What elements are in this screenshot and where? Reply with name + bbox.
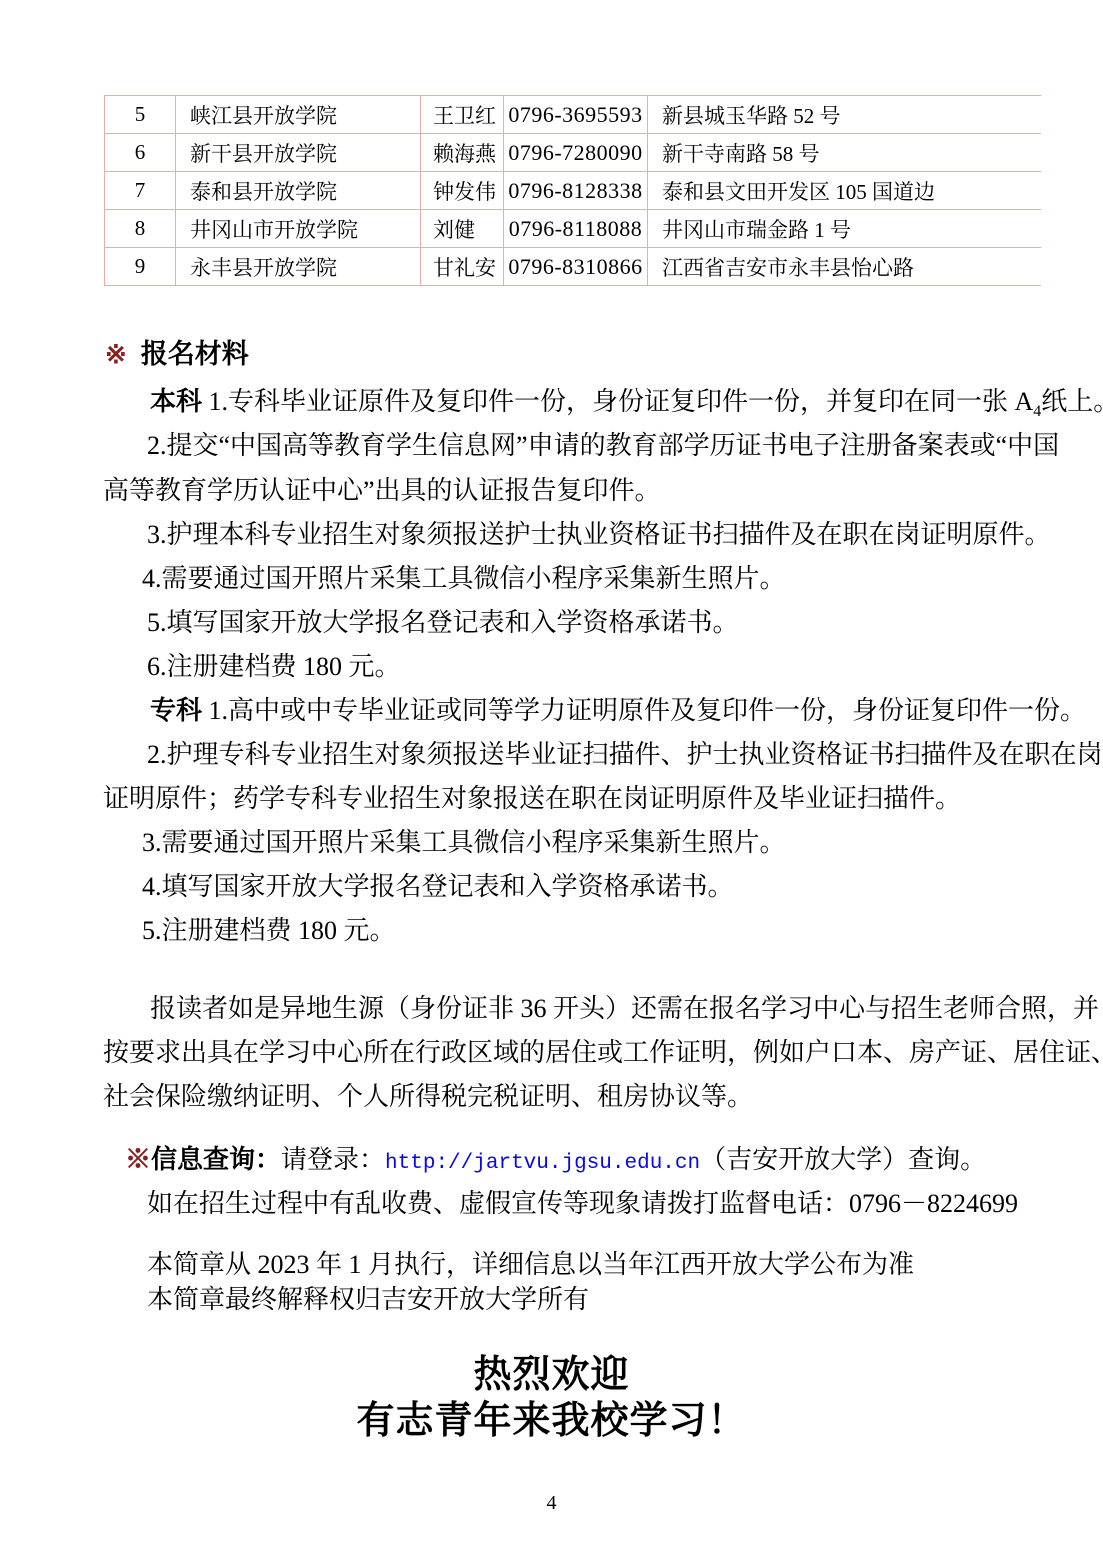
college-item-2a: 2.护理专科专业招生对象须报送毕业证扫描件、护士执业资格证书扫描件及在职在岗 xyxy=(147,739,1103,770)
page-number: 4 xyxy=(0,1492,1103,1515)
section-marker-icon: ※ xyxy=(125,1145,151,1174)
materials-section-header: ※报名材料 xyxy=(105,338,249,370)
college-item-1: 专科 1.高中或中专毕业证或同等学力证明原件及复印件一份，身份证复印件一份。 xyxy=(150,695,1086,726)
section-marker-icon: ※ xyxy=(105,340,127,369)
supervision-phone-line: 如在招生过程中有乱收费、虚假宣传等现象请拨打监督电话：0796－8224699 xyxy=(147,1188,1018,1219)
cell-address: 泰和县文田开发区 105 国道边 xyxy=(647,172,1041,209)
text-segment: 4.需要通过国开照片采集工具微信小程序采集新生照片。 xyxy=(142,564,786,593)
text-segment: 本简章最终解释权归吉安开放大学所有 xyxy=(147,1285,589,1314)
cell-no: 5 xyxy=(104,96,175,133)
info-query-link[interactable]: http://jartvu.jgsu.edu.cn xyxy=(385,1152,700,1175)
cell-contact: 赖海燕 xyxy=(420,134,503,171)
college-item-4: 4.填写国家开放大学报名登记表和入学资格承诺书。 xyxy=(142,871,734,902)
cell-phone: 0796-8128338 xyxy=(503,172,647,209)
text-segment: 6.注册建档费 180 元。 xyxy=(147,652,401,681)
text-segment: 2.提交“中国高等教育学生信息网”申请的教育部学历证书电子注册备案表或“中国 xyxy=(147,431,1059,460)
text-segment: 3.护理本科专业招生对象须报送护士执业资格证书扫描件及在职在岗证明原件。 xyxy=(147,520,1051,549)
cell-school: 峡江县开放学院 xyxy=(175,96,420,133)
cell-school: 永丰县开放学院 xyxy=(175,248,420,285)
cell-no: 9 xyxy=(104,248,175,285)
text-segment: 专科 xyxy=(150,696,202,725)
undergrad-item-5: 5.填写国家开放大学报名登记表和入学资格承诺书。 xyxy=(147,607,739,638)
text-segment: 纸上。 xyxy=(1041,387,1103,416)
table-row: 9永丰县开放学院甘礼安0796-8310866江西省吉安市永丰县怡心路 xyxy=(104,248,1041,286)
cell-address: 井冈山市瑞金路 1 号 xyxy=(647,210,1041,247)
cell-contact: 钟发伟 xyxy=(420,172,503,209)
text-segment: 报名材料 xyxy=(141,339,249,369)
college-item-2b: 证明原件；药学专科专业招生对象报送在职在岗证明原件及毕业证扫描件。 xyxy=(103,783,961,814)
text-segment: 1.专科毕业证原件及复印件一份，身份证复印件一份，并复印在同一张 A xyxy=(202,387,1033,416)
cell-school: 新干县开放学院 xyxy=(175,134,420,171)
college-item-3: 3.需要通过国开照片采集工具微信小程序采集新生照片。 xyxy=(142,827,786,858)
effective-date-line: 本简章从 2023 年 1 月执行，详细信息以当年江西开放大学公布为准 xyxy=(147,1249,914,1280)
text-segment: 3.需要通过国开照片采集工具微信小程序采集新生照片。 xyxy=(142,828,786,857)
undergrad-item-1: 本科 1.专科毕业证原件及复印件一份，身份证复印件一份，并复印在同一张 A4纸上… xyxy=(150,386,1103,417)
text-segment: 社会保险缴纳证明、个人所得税完税证明、租房协议等。 xyxy=(103,1082,753,1111)
text-segment: （吉安开放大学）查询。 xyxy=(700,1145,986,1174)
info-query-line: ※信息查询：请登录：http://jartvu.jgsu.edu.cn（吉安开放… xyxy=(125,1144,986,1176)
undergrad-item-2b: 高等教育学历认证中心”出具的认证报告复印件。 xyxy=(103,475,661,506)
welcome-banner-line2: 有志青年来我校学习！ xyxy=(0,1398,1103,1444)
remote-origin-note-2: 按要求出具在学习中心所在行政区域的居住或工作证明，例如户口本、房产证、居住证、 xyxy=(103,1037,1103,1068)
text-segment: 报读者如是异地生源（身份证非 36 开头）还需在报名学习中心与招生老师合照，并 xyxy=(150,994,1099,1023)
table-row: 5峡江县开放学院王卫红0796-3695593新县城玉华路 52 号 xyxy=(104,96,1041,134)
remote-origin-note-1: 报读者如是异地生源（身份证非 36 开头）还需在报名学习中心与招生老师合照，并 xyxy=(150,993,1099,1024)
document-page: 5峡江县开放学院王卫红0796-3695593新县城玉华路 52 号6新干县开放… xyxy=(0,0,1103,1560)
cell-no: 8 xyxy=(104,210,175,247)
cell-contact: 刘健 xyxy=(420,210,503,247)
remote-origin-note-3: 社会保险缴纳证明、个人所得税完税证明、租房协议等。 xyxy=(103,1081,753,1112)
text-segment: 如在招生过程中有乱收费、虚假宣传等现象请拨打监督电话：0796－8224699 xyxy=(147,1189,1018,1218)
cell-address: 新干寺南路 58 号 xyxy=(647,134,1041,171)
table-row: 7泰和县开放学院钟发伟0796-8128338泰和县文田开发区 105 国道边 xyxy=(104,172,1041,210)
text-segment: 高等教育学历认证中心”出具的认证报告复印件。 xyxy=(103,476,661,505)
text-segment: 1.高中或中专毕业证或同等学力证明原件及复印件一份，身份证复印件一份。 xyxy=(202,696,1086,725)
text-segment: 请登录： xyxy=(281,1145,385,1174)
table-row: 6新干县开放学院赖海燕0796-7280090新干寺南路 58 号 xyxy=(104,134,1041,172)
text-segment: 5.填写国家开放大学报名登记表和入学资格承诺书。 xyxy=(147,608,739,637)
text-segment: 5.注册建档费 180 元。 xyxy=(142,916,396,945)
text-segment: 信息查询： xyxy=(151,1145,281,1174)
interpretation-right-line: 本简章最终解释权归吉安开放大学所有 xyxy=(147,1284,589,1315)
cell-address: 新县城玉华路 52 号 xyxy=(647,96,1041,133)
cell-school: 泰和县开放学院 xyxy=(175,172,420,209)
cell-contact: 甘礼安 xyxy=(420,248,503,285)
welcome-banner: 热烈欢迎 有志青年来我校学习！ xyxy=(0,1352,1103,1444)
table-rows: 5峡江县开放学院王卫红0796-3695593新县城玉华路 52 号6新干县开放… xyxy=(104,96,1041,286)
cell-no: 7 xyxy=(104,172,175,209)
undergrad-item-4: 4.需要通过国开照片采集工具微信小程序采集新生照片。 xyxy=(142,563,786,594)
cell-phone: 0796-8118088 xyxy=(503,210,647,247)
undergrad-item-6: 6.注册建档费 180 元。 xyxy=(147,651,401,682)
cell-contact: 王卫红 xyxy=(420,96,503,133)
text-segment: 证明原件；药学专科专业招生对象报送在职在岗证明原件及毕业证扫描件。 xyxy=(103,784,961,813)
text-segment: 4.填写国家开放大学报名登记表和入学资格承诺书。 xyxy=(142,872,734,901)
undergrad-item-2a: 2.提交“中国高等教育学生信息网”申请的教育部学历证书电子注册备案表或“中国 xyxy=(147,430,1059,461)
cell-phone: 0796-3695593 xyxy=(503,96,647,133)
cell-phone: 0796-8310866 xyxy=(503,248,647,285)
text-segment: 本科 xyxy=(150,387,202,416)
text-segment: 本简章从 2023 年 1 月执行，详细信息以当年江西开放大学公布为准 xyxy=(147,1250,914,1279)
welcome-banner-line1: 热烈欢迎 xyxy=(0,1352,1103,1398)
text-segment: 2.护理专科专业招生对象须报送毕业证扫描件、护士执业资格证书扫描件及在职在岗 xyxy=(147,740,1103,769)
learning-center-table: 5峡江县开放学院王卫红0796-3695593新县城玉华路 52 号6新干县开放… xyxy=(104,95,1041,286)
table-row: 8井冈山市开放学院刘健0796-8118088井冈山市瑞金路 1 号 xyxy=(104,210,1041,248)
cell-no: 6 xyxy=(104,134,175,171)
cell-phone: 0796-7280090 xyxy=(503,134,647,171)
undergrad-item-3: 3.护理本科专业招生对象须报送护士执业资格证书扫描件及在职在岗证明原件。 xyxy=(147,519,1051,550)
college-item-5: 5.注册建档费 180 元。 xyxy=(142,915,396,946)
cell-address: 江西省吉安市永丰县怡心路 xyxy=(647,248,1041,285)
cell-school: 井冈山市开放学院 xyxy=(175,210,420,247)
text-segment: 4 xyxy=(1033,403,1041,420)
text-segment: 按要求出具在学习中心所在行政区域的居住或工作证明，例如户口本、房产证、居住证、 xyxy=(103,1038,1103,1067)
